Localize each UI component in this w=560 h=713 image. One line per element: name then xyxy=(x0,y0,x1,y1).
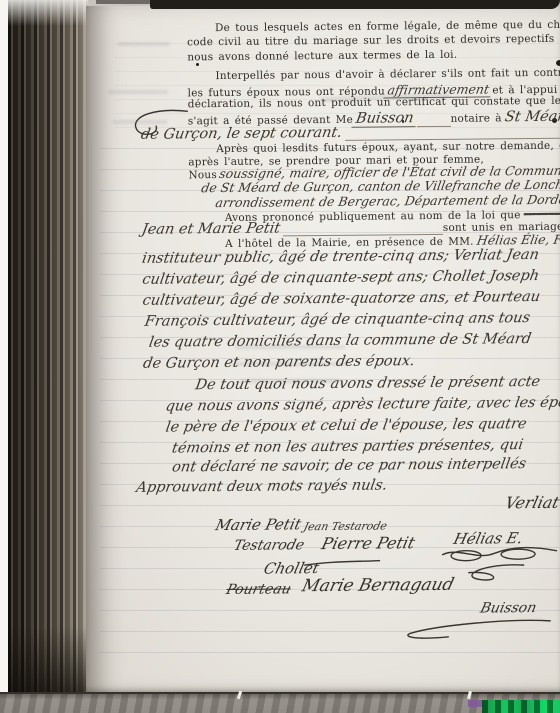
handwritten-line: De tout quoi nous avons dressé le présen… xyxy=(192,374,543,393)
signature-marie-petit: Marie Petit xyxy=(214,515,303,534)
chollet-stroke xyxy=(302,557,382,568)
printed-line: code civil au titre du mariage sur les d… xyxy=(187,33,560,49)
scanned-register-page: De tous lesquels actes en forme légale, … xyxy=(0,0,560,713)
handwritten-line: instituteur public, âgé de trente-cinq a… xyxy=(139,247,560,267)
handwritten-line: de Gurçon et non parents des époux. xyxy=(140,353,418,372)
handwritten-text: Hélias Élie, François xyxy=(472,231,560,247)
handwritten-text: ont déclaré ne savoir, de ce par nous in… xyxy=(168,456,530,475)
handwritten-text: que nous avons signé, après lecture fait… xyxy=(161,395,560,415)
handwritten-text: cultivateur, âgé de soixante-quatorze an… xyxy=(138,289,544,309)
handwritten-line: que nous avons signé, après lecture fait… xyxy=(163,395,560,415)
marginal-note: Approuvant deux mots rayés nuls. xyxy=(133,477,390,495)
pen-flourish xyxy=(126,105,196,144)
handwritten-text: témoins et non les autres parties présen… xyxy=(168,437,528,456)
signature-marie-bernagaud: Marie Bernagaud xyxy=(300,575,456,596)
handwritten-text: Approuvant deux mots rayés nuls. xyxy=(132,477,391,495)
printed-text: Interpellés par nous d'avoir à déclarer … xyxy=(215,66,560,82)
printed-line: Interpellés par nous d'avoir à déclarer … xyxy=(215,67,560,82)
handwritten-line: cultivateur, âgé de soixante-quatorze an… xyxy=(140,289,560,309)
buisson-flourish xyxy=(401,616,556,645)
printed-text: nous avons donné lecture aux termes de l… xyxy=(187,49,457,64)
handwritten-text: les quatre domiciliés dans la commune de… xyxy=(145,331,536,351)
handwritten-line: cultivateur, âgé de cinquante-sept ans; … xyxy=(139,268,560,288)
handwritten-text: de Gurçon et non parents des époux. xyxy=(139,353,419,372)
handwritten-text: cultivateur, âgé de cinquante-sept ans; … xyxy=(138,268,543,288)
scan-glitch-green xyxy=(482,700,560,713)
printed-line: De tous lesquels actes en forme légale, … xyxy=(215,19,560,34)
signature-testarode: Testarode xyxy=(232,537,306,554)
helias-loop xyxy=(454,562,534,585)
printed-text: code civil au titre du mariage sur les d… xyxy=(187,32,560,48)
scan-glitch-purple xyxy=(468,700,482,707)
handwritten-line: les quatre domiciliés dans la commune de… xyxy=(146,331,560,351)
handwritten-text: le père de l'époux et celui de l'épouse,… xyxy=(162,416,531,436)
handwritten-line: François cultivateur, âgé de cinquante-c… xyxy=(142,310,560,330)
signature-pierre-petit: Pierre Petit xyxy=(320,533,417,553)
handwritten-text: instituteur public, âgé de trente-cinq a… xyxy=(138,247,543,267)
signature-verliat: Verliat xyxy=(503,493,560,513)
signature-jean-testarode: Jean Testarode xyxy=(302,519,388,533)
signature-pourteau: Pourteau xyxy=(224,581,292,598)
printed-line: déclaration, ils nous ont produit un cer… xyxy=(188,95,560,111)
handwritten-text: De tout quoi nous avons dressé le présen… xyxy=(191,374,544,393)
act-text: De tous lesquels actes en forme légale, … xyxy=(0,0,560,713)
printed-line: nous avons donné lecture aux termes de l… xyxy=(187,48,560,64)
handwritten-line: le père de l'époux et celui de l'épouse,… xyxy=(163,416,560,436)
handwritten-line: ont déclaré ne savoir, de ce par nous in… xyxy=(169,456,560,476)
handwritten-line: témoins et non les autres parties présen… xyxy=(169,437,560,457)
handwritten-text: François cultivateur, âgé de cinquante-c… xyxy=(140,310,534,330)
printed-text: De tous lesquels actes en forme légale, … xyxy=(215,18,560,34)
signature-buisson: Buisson xyxy=(479,600,538,617)
